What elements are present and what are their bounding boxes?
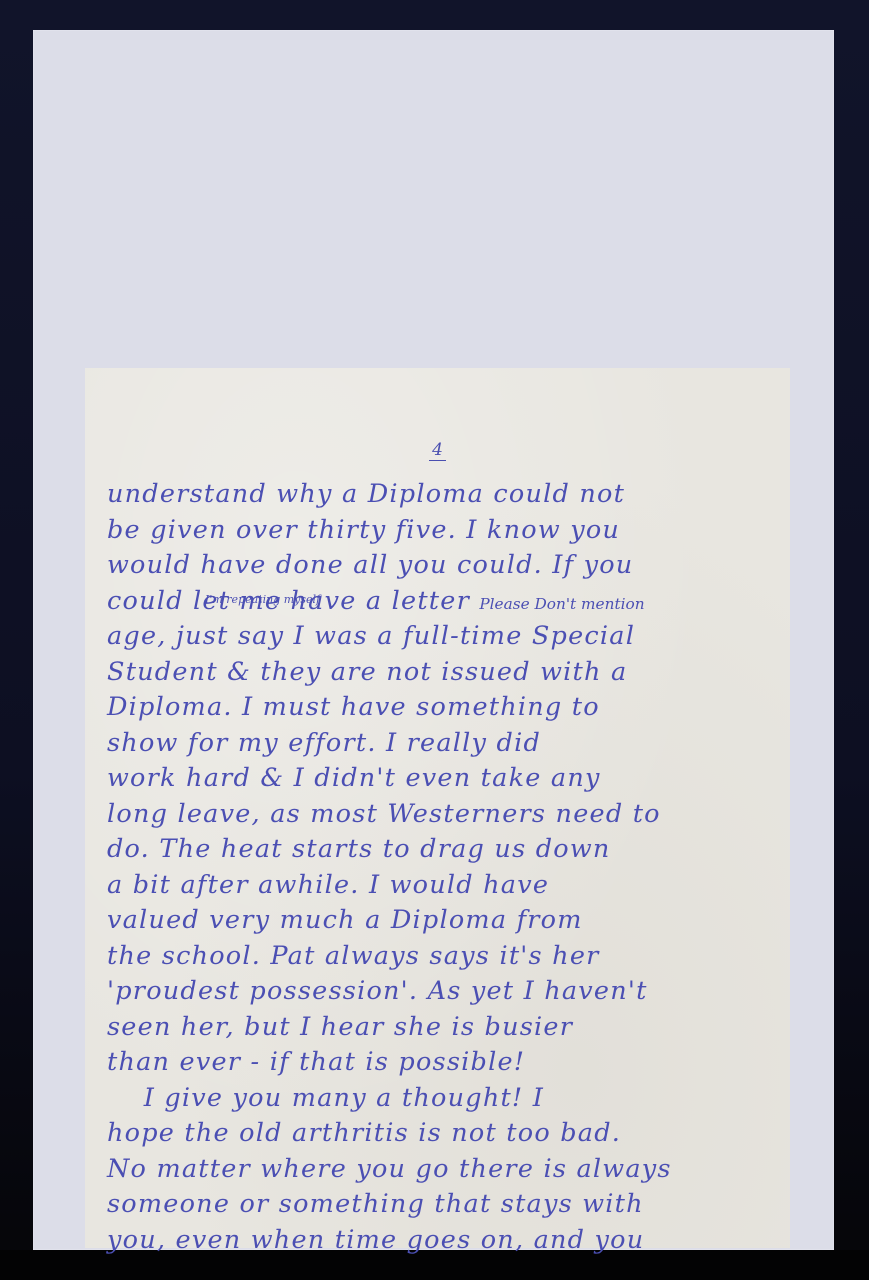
letter-line-15: 'proudest possession'. As yet I haven't xyxy=(107,973,801,1009)
page-number: 4 xyxy=(85,440,790,460)
letter-line-19: hope the old arthritis is not too bad. xyxy=(107,1115,801,1151)
letter-line-21: someone or something that stays with xyxy=(107,1186,801,1222)
letter-line-13: valued very much a Diploma from xyxy=(107,902,801,938)
letter-line-20: No matter where you go there is always xyxy=(107,1151,801,1187)
letter-line-16: seen her, but I hear she is busier xyxy=(107,1009,801,1045)
letter-line-7: Diploma. I must have something to xyxy=(107,689,801,725)
letter-line-12: a bit after awhile. I would have xyxy=(107,867,801,903)
letter-line-22: you, even when time goes on, and you xyxy=(107,1222,801,1258)
letter-line-11: do. The heat starts to drag us down xyxy=(107,831,801,867)
letter-line-8: show for my effort. I really did xyxy=(107,725,801,761)
letter-line-1: understand why a Diploma could not xyxy=(107,476,801,512)
caret-annotation: I'm repeating myself xyxy=(205,593,320,606)
letter-line-3: would have done all you could. If you xyxy=(107,547,801,583)
letter-line-14: the school. Pat always says it's her xyxy=(107,938,801,974)
inserted-note: Please Don't mention xyxy=(479,595,644,613)
letter-line-9: work hard & I didn't even take any xyxy=(107,760,801,796)
letter-line-18: I give you many a thought! I xyxy=(107,1080,801,1116)
letter-line-6: Student & they are not issued with a xyxy=(107,654,801,690)
letter-page: 4 understand why a Diploma could not be … xyxy=(85,368,790,1248)
letter-line-10: long leave, as most Westerners need to xyxy=(107,796,801,832)
letter-line-2: be given over thirty five. I know you xyxy=(107,512,801,548)
letter-line-5: age, just say I was a full-time Special xyxy=(107,618,801,654)
page-number-text: 4 xyxy=(429,440,446,461)
letter-line-17: than ever - if that is possible! xyxy=(107,1044,801,1080)
